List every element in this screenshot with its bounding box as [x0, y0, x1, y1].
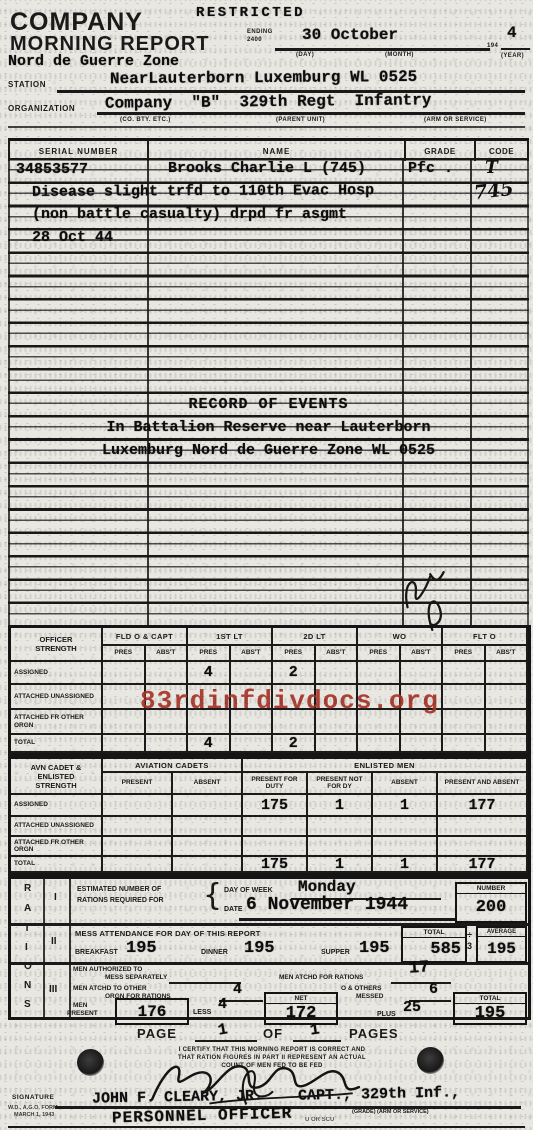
enlisted-cell	[308, 837, 373, 857]
officer-cell	[443, 685, 486, 710]
officer-cell	[231, 662, 274, 685]
officer-subcol-abst: ABS'T	[486, 646, 529, 662]
entry-serial: 34853577	[16, 161, 88, 178]
atchd-other-value: 4	[233, 981, 242, 998]
enlisted-cell	[103, 817, 173, 837]
enlisted-cell: 177	[438, 857, 528, 873]
enlisted-cell: 1	[308, 795, 373, 817]
rations-side-letter: N	[24, 980, 31, 991]
officer-cell	[103, 735, 146, 753]
rations-date-rule	[239, 918, 455, 921]
enlisted-cell	[308, 817, 373, 837]
officer-cell	[358, 735, 401, 753]
page-number: 1	[217, 1020, 230, 1039]
officer-group-2dlt: 2D LT	[273, 628, 358, 646]
officer-group-flto: FLT O	[443, 628, 528, 646]
enlisted-cell: 175	[243, 857, 308, 873]
year-prefix: 194	[487, 43, 498, 49]
day-sublabel: (DAY)	[296, 52, 314, 58]
handwritten-mark	[395, 566, 451, 634]
less-label: LESS	[193, 1009, 211, 1016]
enlisted-cell: 1	[308, 857, 373, 873]
record-of-events-line2: Luxemburg Nord de Guerre Zone WL 0525	[10, 442, 527, 459]
officer-cell	[486, 662, 529, 685]
officer-cell	[231, 735, 274, 753]
enlisted-corner-label: AVN CADET & ENLISTED STRENGTH	[11, 759, 103, 795]
officer-subcol-abst: ABS'T	[401, 646, 444, 662]
form-info-line2: MARCH 1, 1943	[14, 1112, 54, 1118]
men-present-box: 176	[115, 998, 189, 1025]
brace-glyph: {	[203, 878, 222, 913]
roster-divider-3	[470, 158, 472, 625]
breakfast-label: BREAKFAST	[75, 949, 118, 956]
enlisted-row-label-attached-unassigned: ATTACHED UNASSIGNED	[11, 817, 103, 837]
rations-total-value: 195	[455, 1004, 525, 1023]
officer-cell	[146, 662, 189, 685]
enlisted-row-label-total: TOTAL	[11, 857, 103, 873]
enlisted-cell	[243, 817, 308, 837]
signature-label: SIGNATURE	[12, 1094, 54, 1101]
enlisted-subcol-present: PRESENT	[103, 773, 173, 795]
enlisted-cell: 1	[373, 857, 438, 873]
atchd-other-label1: MEN ATCHD TO OTHER	[73, 985, 147, 992]
enlisted-cell	[243, 837, 308, 857]
rations-numeral-iii: III	[49, 984, 57, 995]
atchd-for-rations-label: MEN ATCHD FOR RATIONS	[279, 974, 363, 981]
form-info-line1: W.D., A.G.O. FORM	[8, 1105, 58, 1111]
enlisted-cell	[103, 857, 173, 873]
grade-sublabel: (GRADE) (ARM OR SERVICE)	[352, 1109, 429, 1115]
officer-subcol-pres: PRES	[103, 646, 146, 662]
date-label: DATE	[224, 906, 243, 913]
enlisted-group-enlisted-men: ENLISTED MEN	[243, 759, 528, 773]
zone-note: Nord de Guerre Zone	[8, 53, 179, 70]
officer-subcol-abst: ABS'T	[146, 646, 189, 662]
record-of-events-line1: In Battalion Reserve near Lauterborn	[10, 419, 527, 436]
officer-cell	[358, 662, 401, 685]
officer-subcol-pres: PRES	[443, 646, 486, 662]
officer-cell: 4	[188, 735, 231, 753]
officer-row-label-assigned: ASSIGNED	[11, 662, 103, 685]
rations-numeral-i: I	[54, 892, 57, 903]
atchd-for-rations-value: 17	[408, 958, 430, 978]
rations-side-letter: A	[24, 903, 31, 914]
enlisted-cell	[173, 795, 243, 817]
net-box: NET 172	[264, 992, 338, 1025]
pages-label: PAGES	[349, 1026, 399, 1041]
day-of-week-label: DAY OF WEEK	[224, 887, 273, 894]
signature-scrawl	[148, 1056, 363, 1106]
enlisted-cell	[373, 837, 438, 857]
mess-average-label: AVERAGE	[478, 928, 525, 937]
station-label: STATION	[8, 80, 46, 89]
rations-numeral-ii: II	[51, 936, 57, 947]
organization-label: ORGANIZATION	[8, 104, 75, 113]
rations-estimated-label1: ESTIMATED NUMBER OF	[77, 886, 161, 893]
date-value: 6 November 1944	[246, 895, 408, 915]
officer-cell: 2	[273, 662, 316, 685]
org-sublabel-parent: (PARENT UNIT)	[276, 117, 325, 123]
officer-subcol-pres: PRES	[273, 646, 316, 662]
enlisted-subcol-absent: ABSENT	[173, 773, 243, 795]
rations-number-box: NUMBER 200	[455, 882, 527, 923]
officer-cell	[443, 710, 486, 735]
officer-cell	[486, 710, 529, 735]
officer-cell	[103, 662, 146, 685]
entry-grade: Pfc .	[408, 160, 453, 177]
atchd-for-rations-rule	[391, 982, 451, 984]
enlisted-cell	[103, 837, 173, 857]
enlisted-cell	[173, 837, 243, 857]
day-of-week-value: Monday	[298, 878, 356, 896]
enlisted-cell	[373, 817, 438, 837]
enlisted-row-label-assigned: ASSIGNED	[11, 795, 103, 817]
enlisted-subcol-absent2: ABSENT	[373, 773, 438, 795]
station-value: NearLauterborn Luxemburg WL 0525	[110, 68, 417, 88]
page-rule-1	[195, 1040, 257, 1042]
rations-divider-1	[43, 879, 45, 1017]
mess-separately-rule	[169, 982, 241, 984]
signer-title: PERSONNEL OFFICER	[112, 1105, 293, 1128]
ending-label: ENDING	[247, 29, 273, 35]
enlisted-subcol-present-and-absent: PRESENT AND ABSENT	[438, 773, 528, 795]
morning-report-document: RESTRICTED COMPANY MORNING REPORT Nord d…	[0, 0, 533, 1130]
others-messed-label1: O & OTHERS	[341, 985, 381, 992]
mess-separately-label1: MEN AUTHORIZED TO	[73, 966, 142, 973]
officer-cell	[486, 685, 529, 710]
officer-group-1stlt: 1ST LT	[188, 628, 273, 646]
officer-row-label-attached-fr: ATTACHED FR OTHER ORGN	[11, 710, 103, 735]
officer-cell	[316, 662, 359, 685]
dinner-value: 195	[244, 939, 275, 958]
plus-value: 25	[403, 999, 421, 1016]
year-rule	[501, 48, 530, 50]
entry-name: Brooks Charlie L (745)	[168, 160, 366, 177]
men-present-label1: MEN	[73, 1002, 87, 1009]
rations-estimated-label2: RATIONS REQUIRED FOR	[77, 897, 164, 904]
mess-average-box: AVERAGE 195	[476, 926, 527, 963]
officer-cell	[486, 735, 529, 753]
of-label: OF	[263, 1026, 283, 1041]
roster-divider-2	[402, 158, 404, 625]
entry-remark-line3: 28 Oct 44	[32, 229, 113, 246]
rations-side-letter: S	[24, 999, 31, 1010]
enlisted-group-aviation-cadets: AVIATION CADETS	[103, 759, 243, 773]
net-label: NET	[266, 994, 336, 1004]
pages-total: 1	[309, 1020, 321, 1039]
enlisted-subcol-present-not-duty: PRESENT NOT FOR DY	[308, 773, 373, 795]
officer-cell: 2	[273, 735, 316, 753]
bottom-rule	[8, 1126, 525, 1128]
month-sublabel: (MONTH)	[385, 52, 414, 58]
others-messed-label2: MESSED	[356, 993, 383, 1000]
enlisted-cell: 177	[438, 795, 528, 817]
rations-number-value: 200	[457, 894, 525, 921]
plus-label: PLUS	[377, 1011, 396, 1018]
header-divider	[8, 126, 525, 128]
officer-cell	[401, 662, 444, 685]
mess-separately-label2: MESS SEPARATELY	[105, 974, 167, 981]
divide-symbol: ÷	[467, 930, 472, 940]
punch-hole-left	[77, 1049, 104, 1076]
roster-divider-1	[147, 158, 149, 625]
officer-cell	[443, 662, 486, 685]
organization-value: Company "B" 329th Regt Infantry	[105, 91, 432, 112]
officer-subcol-abst: ABS'T	[316, 646, 359, 662]
officer-cell	[443, 735, 486, 753]
divide-denominator: 3	[467, 941, 472, 951]
enlisted-cell	[438, 817, 528, 837]
less-value: 4	[218, 996, 227, 1013]
certification-line1: I CERTIFY THAT THIS MORNING REPORT IS CO…	[92, 1046, 452, 1054]
watermark: 83rdinfdivdocs.org	[140, 686, 439, 716]
org-sublabel-unit: (CO. BTY. ETC.)	[120, 117, 171, 123]
entry-code-handwritten: T	[485, 158, 498, 178]
enlisted-cell: 175	[243, 795, 308, 817]
org-sublabel-arm: (ARM OR SERVICE)	[424, 117, 487, 123]
page-rule-2	[293, 1040, 341, 1042]
mess-attendance-heading: MESS ATTENDANCE FOR DAY OF THIS REPORT	[75, 929, 261, 938]
mess-average-value: 195	[478, 937, 525, 961]
rations-section: R A T I O N S I II III ESTIMATED NUMBER …	[8, 876, 531, 1020]
dinner-label: DINNER	[201, 949, 228, 956]
rations-divider-2	[69, 879, 71, 1017]
officer-cell: 4	[188, 662, 231, 685]
rations-side-letter: I	[25, 942, 28, 953]
enlisted-strength-table: AVN CADET & ENLISTED STRENGTH AVIATION C…	[8, 756, 531, 876]
mess-total-label: TOTAL	[403, 928, 465, 938]
supper-label: SUPPER	[321, 949, 350, 956]
officer-cell	[146, 735, 189, 753]
officer-row-label-total: TOTAL	[11, 735, 103, 753]
entry-remark-code-handwritten: 745	[473, 178, 515, 204]
mess-total-box: TOTAL 585	[401, 926, 467, 963]
organization-rule	[97, 112, 525, 115]
rations-total-box: TOTAL 195	[453, 992, 527, 1025]
record-of-events-title: RECORD OF EVENTS	[10, 396, 527, 413]
men-present-label2: PRESENT	[67, 1010, 98, 1017]
enlisted-cell: 1	[373, 795, 438, 817]
rations-total-label: TOTAL	[455, 994, 525, 1004]
report-date-value: 30 October	[302, 26, 398, 44]
punch-hole-right	[417, 1047, 444, 1074]
breakfast-value: 195	[126, 939, 157, 958]
officer-subcol-abst: ABS'T	[231, 646, 274, 662]
date-rule	[275, 48, 490, 51]
officer-subcol-pres: PRES	[188, 646, 231, 662]
enlisted-cell	[173, 817, 243, 837]
year-value: 4	[507, 24, 517, 42]
men-present-value: 176	[117, 1000, 187, 1023]
enlisted-cell	[103, 795, 173, 817]
officer-cell	[401, 735, 444, 753]
officer-subcol-pres: PRES	[358, 646, 401, 662]
enlisted-cell	[438, 837, 528, 857]
printed-fragment: U OR SCU	[305, 1117, 334, 1123]
enlisted-cell	[173, 857, 243, 873]
officer-group-fldo: FLD O & CAPT	[103, 628, 188, 646]
entry-remark-line1: Disease slight trfd to 110th Evac Hosp	[32, 182, 374, 201]
page-label: PAGE	[137, 1026, 177, 1041]
enlisted-subcol-present-duty: PRESENT FOR DUTY	[243, 773, 308, 795]
year-sublabel: (YEAR)	[501, 53, 524, 59]
officer-cell	[316, 735, 359, 753]
classification-stamp: RESTRICTED	[196, 5, 305, 21]
officer-row-label-attached-unassigned: ATTACHED UNASSIGNED	[11, 685, 103, 710]
entry-remark-line2: (non battle casualty) drpd fr asgmt	[32, 206, 347, 223]
enlisted-row-label-attached-fr: ATTACHED FR OTHER ORGN	[11, 837, 103, 857]
rations-number-label: NUMBER	[457, 884, 525, 894]
mess-total-value: 585	[403, 938, 465, 961]
supper-value: 195	[359, 939, 390, 958]
others-messed-value: 6	[429, 981, 438, 998]
rations-side-letter: R	[24, 883, 31, 894]
officer-corner-label: OFFICER STRENGTH	[11, 628, 103, 662]
ending-time-label: 2400	[247, 37, 262, 43]
net-value: 172	[266, 1004, 336, 1023]
roster-ruled-area: 34853577 Brooks Charlie L (745) Pfc . T …	[8, 158, 529, 625]
